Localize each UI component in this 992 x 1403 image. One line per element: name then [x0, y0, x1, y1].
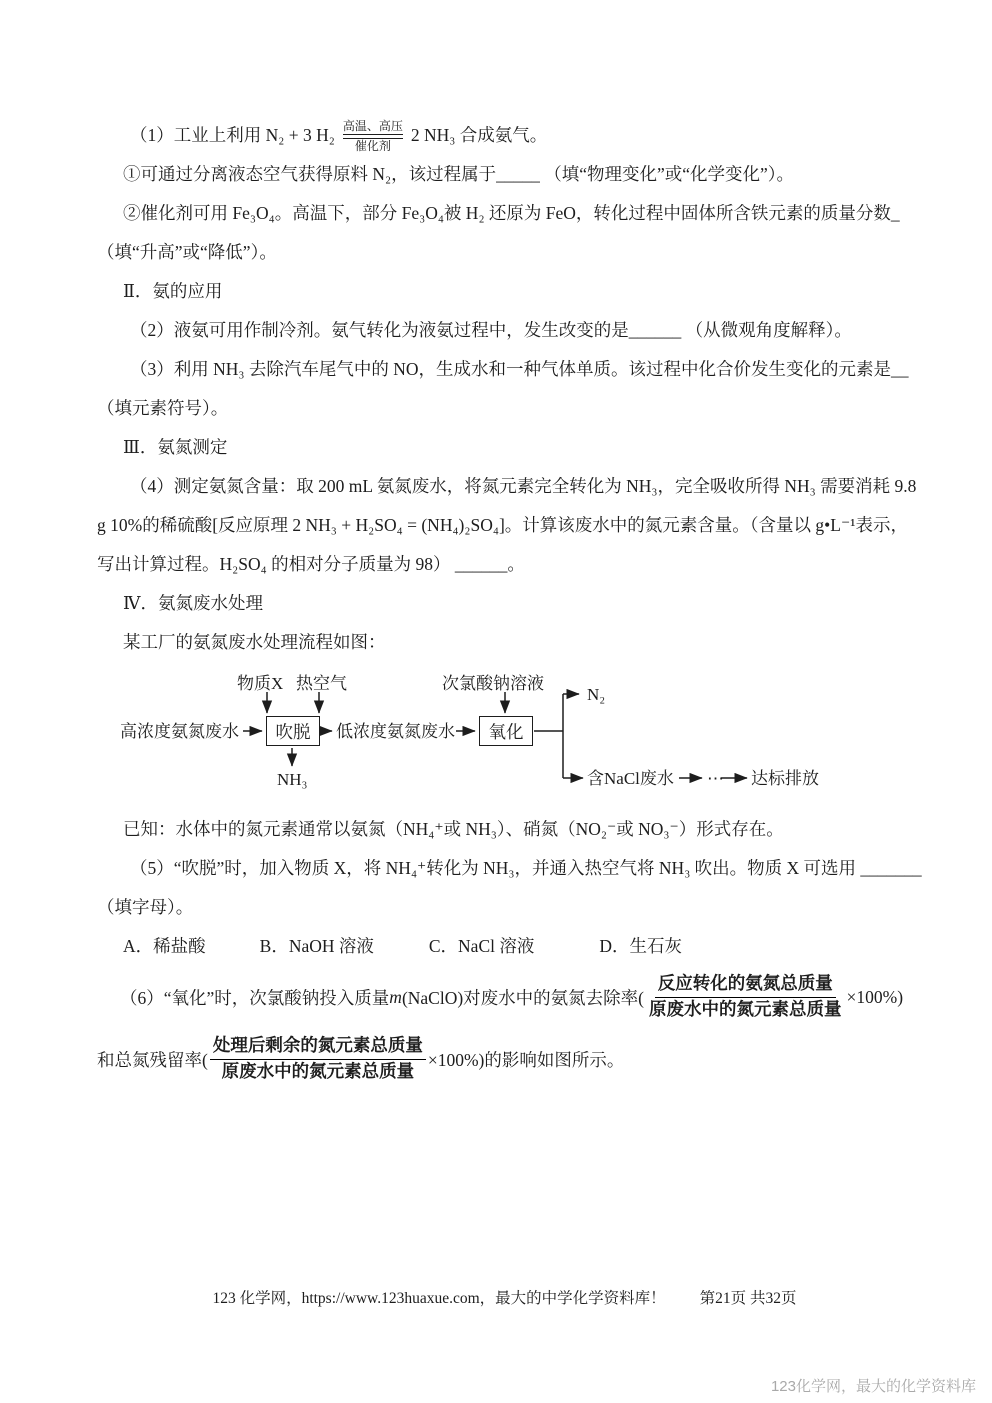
label-high-conc-wastewater: 高浓度氨氮废水	[120, 722, 239, 741]
question-4-line3: 写出计算过程。H₂SO₄ 的相对分子质量为 98） ______。	[97, 545, 912, 584]
section-3-heading: Ⅲ．氨氮测定	[97, 428, 912, 467]
removal-rate-denominator: 原废水中的氮元素总质量	[646, 998, 845, 1022]
q6-times-100: ×100%)	[847, 987, 904, 1008]
question-6-line2: 和总氮残留率(处理后剩余的氮元素总质量原废水中的氮元素总质量×100%)的影响如…	[97, 1028, 912, 1090]
q1-subitem-1: ①可通过分离液态空气获得原料 N₂，该过程属于_____ （填“物理变化”或“化…	[97, 155, 912, 194]
question-6-line1: （6）“氧化”时，次氯酸钠投入质量 m(NaClO)对废水中的氨氮去除率(反应转…	[97, 966, 912, 1028]
footer-site-info: 123 化学网，https://www.123huaxue.com，最大的中学化…	[212, 1290, 665, 1307]
section-2-heading: Ⅱ．氨的应用	[97, 272, 912, 311]
question-5-options: A．稀盐酸B．NaOH 溶液C．NaCl 溶液D．生石灰	[97, 927, 912, 966]
removal-rate-fraction: 反应转化的氨氮总质量原废水中的氮元素总质量	[646, 972, 845, 1021]
residual-rate-numerator: 处理后剩余的氮元素总质量	[210, 1034, 426, 1060]
condition-top-label: 高温、高压	[343, 120, 403, 133]
process-intro: 某工厂的氨氮废水处理流程如图：	[97, 623, 912, 662]
q6-line2-tail: ×100%)的影响如图所示。	[428, 1047, 625, 1072]
q1-subitem-2-line2: （填“升高”或“降低”）。	[97, 233, 912, 272]
document-page: （1）工业上利用 N₂ + 3 H₂高温、高压催化剂2 NH₃ 合成氨气。 ①可…	[0, 0, 992, 1403]
oxidize-process-box: 氧化	[479, 716, 533, 746]
question-4-line1: （4）测定氨氮含量：取 200 mL 氨氮废水，将氮元素完全转化为 NH₃，完全…	[97, 467, 912, 506]
section-4-heading: Ⅳ．氨氮废水处理	[97, 584, 912, 623]
q6-text-part2: (NaClO)对废水中的氨氮去除率(	[402, 985, 644, 1010]
q1-text-before-equation: （1）工业上利用 N₂ + 3 H₂	[130, 125, 335, 145]
question-1-equation-line: （1）工业上利用 N₂ + 3 H₂高温、高压催化剂2 NH₃ 合成氨气。	[97, 116, 912, 155]
label-hot-air: 热空气	[296, 674, 347, 693]
question-2: （2）液氨可用作制冷剂。氨气转化为液氨过程中，发生改变的是______ （从微观…	[97, 311, 912, 350]
q6-mass-variable: m	[389, 987, 402, 1008]
q1-subitem-2-line1: ②催化剂可用 Fe₃O₄。高温下，部分 Fe₃O₄被 H₂ 还原为 FeO，转化…	[97, 194, 912, 233]
footer-page-number: 第21页 共32页	[700, 1290, 797, 1307]
residual-rate-fraction: 处理后剩余的氮元素总质量原废水中的氮元素总质量	[210, 1034, 426, 1083]
question-4-line2: g 10%的稀硫酸[反应原理 2 NH₃ + H₂SO₄ = (NH₄)₂SO₄…	[97, 506, 912, 545]
label-nh3-output: NH₃	[277, 770, 307, 789]
option-d: D．生石灰	[599, 936, 682, 956]
option-c: C．NaCl 溶液	[429, 936, 535, 956]
page-footer: 123 化学网，https://www.123huaxue.com，最大的中学化…	[97, 1286, 912, 1308]
label-n2-product: N₂	[587, 685, 605, 704]
q6-text-part1: （6）“氧化”时，次氯酸钠投入质量	[120, 985, 389, 1010]
label-low-conc-wastewater: 低浓度氨氮废水	[336, 722, 455, 741]
question-3-line2: （填元素符号）。	[97, 389, 912, 428]
reaction-condition-stack: 高温、高压催化剂	[343, 120, 403, 153]
strip-process-box: 吹脱	[266, 716, 320, 746]
q1-text-after-equation: 2 NH₃ 合成氨气。	[411, 125, 547, 145]
condition-bottom-label: 催化剂	[355, 140, 391, 153]
question-3-line1: （3）利用 NH₃ 去除汽车尾气中的 NO，生成水和一种气体单质。该过程中化合价…	[97, 350, 912, 389]
removal-rate-numerator: 反应转化的氨氮总质量	[655, 972, 836, 998]
label-discharge: 达标排放	[751, 769, 819, 788]
known-facts: 已知：水体中的氮元素通常以氨氮（NH₄⁺或 NH₃）、硝氮（NO₂⁻或 NO₃⁻…	[97, 810, 912, 849]
label-nacl-wastewater: 含NaCl废水	[587, 769, 674, 788]
corner-watermark: 123化学网，最大的化学资料库	[771, 1375, 976, 1396]
wastewater-flow-diagram: 物质X 热空气 次氯酸钠溶液 N₂ 高浓度氨氮废水 吹脱 低浓度氨氮废水 氧化 …	[97, 674, 912, 796]
label-substance-x: 物质X	[237, 674, 283, 693]
q6-line2-text: 和总氮残留率(	[97, 1047, 208, 1072]
option-a: A．稀盐酸	[123, 936, 206, 956]
residual-rate-denominator: 原废水中的氮元素总质量	[219, 1060, 418, 1084]
option-b: B．NaOH 溶液	[260, 936, 374, 956]
document-content: （1）工业上利用 N₂ + 3 H₂高温、高压催化剂2 NH₃ 合成氨气。 ①可…	[0, 0, 992, 1308]
question-5-line1: （5）“吹脱”时，加入物质 X，将 NH₄⁺转化为 NH₃，并通入热空气将 NH…	[97, 849, 912, 888]
label-ellipsis-step: ⋯	[707, 769, 724, 788]
label-naclo-solution: 次氯酸钠溶液	[442, 674, 544, 693]
question-5-line2: （填字母）。	[97, 888, 912, 927]
